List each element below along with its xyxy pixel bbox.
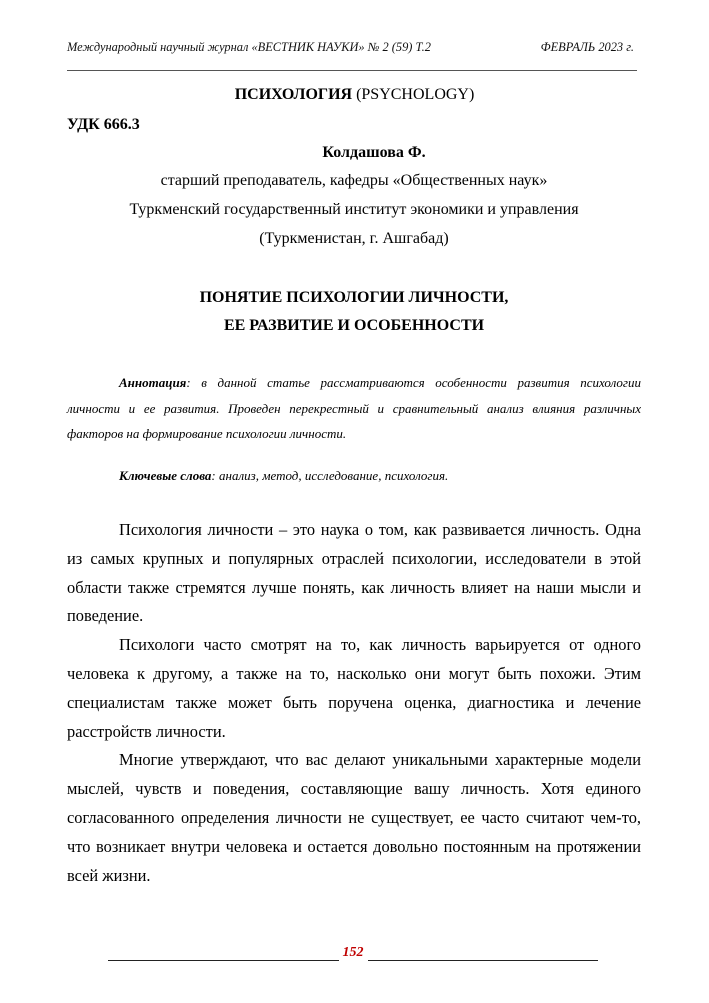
author-location: (Туркменистан, г. Ашгабад) <box>67 229 641 249</box>
keywords: Ключевые слова: анализ, метод, исследова… <box>67 466 641 486</box>
abstract: Аннотация: в данной статье рассматривают… <box>67 370 641 447</box>
section-title-bold: ПСИХОЛОГИЯ <box>235 86 352 103</box>
body-paragraph: Многие утверждают, что вас делают уникал… <box>67 746 641 890</box>
author-name: Колдашова Ф. <box>67 143 641 163</box>
keywords-label: Ключевые слова <box>119 468 211 483</box>
page-footer: 152 <box>108 943 598 961</box>
author-position: старший преподаватель, кафедры «Обществе… <box>67 171 641 191</box>
page-number: 152 <box>339 945 368 961</box>
abstract-label: Аннотация <box>119 375 186 390</box>
footer-rule-right <box>368 946 599 961</box>
header-divider <box>67 70 637 71</box>
issue-date: ФЕВРАЛЬ 2023 г. <box>541 40 634 55</box>
section-title: ПСИХОЛОГИЯ (PSYCHOLOGY) <box>0 85 709 105</box>
article-title: ПОНЯТИЕ ПСИХОЛОГИИ ЛИЧНОСТИ, ЕЕ РАЗВИТИЕ… <box>67 284 641 340</box>
author-institute: Туркменский государственный институт эко… <box>67 200 641 220</box>
keywords-text: : анализ, метод, исследование, психологи… <box>211 468 448 483</box>
article-body: Психология личности – это наука о том, к… <box>67 516 641 890</box>
journal-title: Международный научный журнал «ВЕСТНИК НА… <box>67 40 431 55</box>
article-title-line-2: ЕЕ РАЗВИТИЕ И ОСОБЕННОСТИ <box>67 312 641 340</box>
body-paragraph: Психологи часто смотрят на то, как лично… <box>67 631 641 746</box>
footer-rule-left <box>108 946 339 961</box>
body-paragraph: Психология личности – это наука о том, к… <box>67 516 641 631</box>
article-title-line-1: ПОНЯТИЕ ПСИХОЛОГИИ ЛИЧНОСТИ, <box>67 284 641 312</box>
running-header: Международный научный журнал «ВЕСТНИК НА… <box>67 40 638 56</box>
udc-code: УДК 666.3 <box>67 115 140 135</box>
section-title-english: (PSYCHOLOGY) <box>352 86 474 103</box>
